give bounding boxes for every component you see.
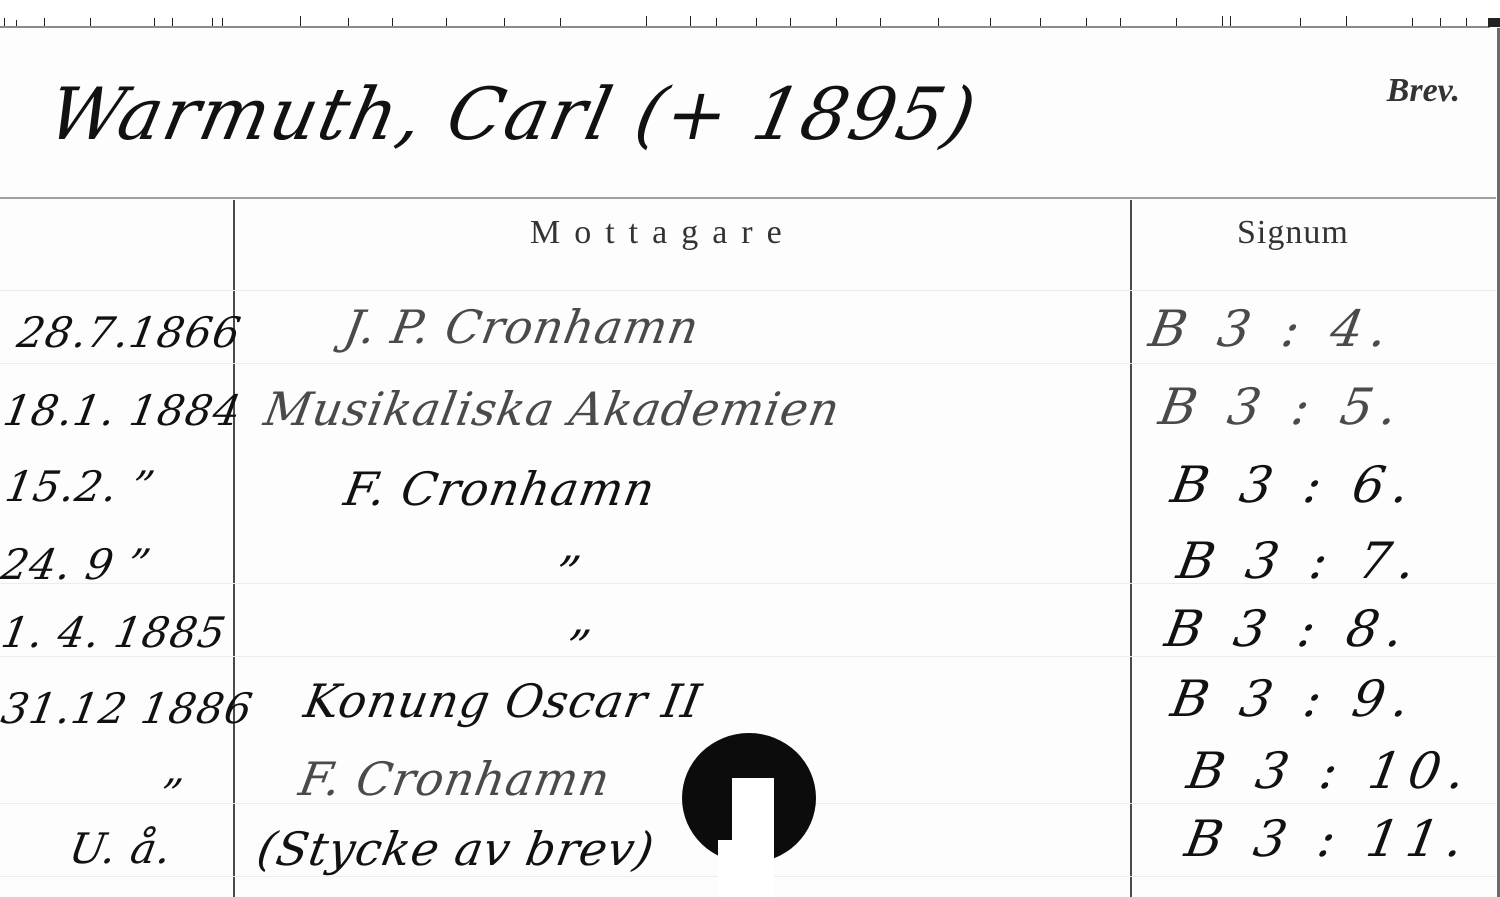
- strip-tick: [348, 18, 349, 26]
- strip-tick: [790, 18, 791, 26]
- strip-tick: [1040, 18, 1041, 26]
- strip-tick: [1300, 18, 1301, 26]
- strip-tick: [1176, 18, 1177, 26]
- strip-tick: [172, 18, 173, 26]
- strip-tick: [504, 18, 505, 26]
- strip-tick: [560, 18, 561, 26]
- strip-tick: [1346, 16, 1347, 26]
- strip-tick: [446, 18, 447, 26]
- strip-tick: [90, 18, 91, 26]
- scanner-edge-strip: [0, 0, 1500, 28]
- ruled-line: [0, 363, 1496, 364]
- entry-recipient: (Stycke av brev): [253, 822, 659, 876]
- entry-date: 18.1. 1884: [0, 386, 245, 435]
- strip-marker: [1488, 18, 1500, 27]
- strip-tick: [938, 18, 939, 26]
- entry-date: 28.7.1866: [14, 308, 245, 357]
- strip-tick: [1466, 18, 1467, 26]
- punch-hole-stem: [718, 840, 774, 897]
- entry-recipient: Musikaliska Akademien: [260, 382, 844, 436]
- entry-signum: B 3 : 9.: [1167, 670, 1422, 728]
- entry-date: 31.12 1886: [0, 684, 257, 733]
- ruled-line: [0, 290, 1496, 291]
- entry-signum: B 3 : 5.: [1155, 378, 1410, 436]
- strip-tick: [836, 18, 837, 26]
- strip-tick: [154, 18, 155, 26]
- strip-tick: [1440, 18, 1441, 26]
- strip-tick: [16, 20, 17, 26]
- entry-date: U. å.: [66, 824, 176, 873]
- strip-tick: [4, 18, 5, 26]
- strip-tick: [1086, 18, 1087, 26]
- signum-column-divider: [1130, 200, 1132, 897]
- entry-recipient: J. P. Cronhamn: [340, 300, 703, 354]
- entry-signum: B 3 : 7.: [1173, 532, 1428, 590]
- strip-tick: [646, 16, 647, 26]
- strip-tick: [716, 18, 717, 26]
- strip-tick: [1222, 16, 1223, 26]
- column-header-signum: Signum: [1237, 214, 1349, 252]
- strip-tick: [756, 18, 757, 26]
- entry-signum: B 3 : 10.: [1183, 742, 1478, 800]
- entry-recipient: Konung Oscar II: [300, 674, 706, 728]
- strip-tick: [1230, 16, 1231, 26]
- entry-date: 24. 9 ”: [0, 540, 155, 589]
- card-type-label: Brev.: [1387, 72, 1460, 110]
- person-name: Warmuth, Carl (+ 1895): [41, 72, 985, 156]
- entry-recipient: F. Cronhamn: [295, 752, 614, 806]
- strip-tick: [1412, 18, 1413, 26]
- strip-tick: [880, 18, 881, 26]
- strip-tick: [222, 18, 223, 26]
- entry-signum: B 3 : 6.: [1167, 456, 1422, 514]
- header-divider: [0, 197, 1496, 199]
- entry-date: 15.2. ”: [2, 462, 159, 511]
- strip-tick: [690, 16, 691, 26]
- entry-date: 1. 4. 1885: [0, 608, 230, 657]
- strip-tick: [44, 18, 45, 26]
- strip-tick: [300, 16, 301, 26]
- strip-tick: [392, 18, 393, 26]
- date-column-divider: [233, 200, 235, 897]
- column-header-mottagare: Mottagare: [530, 214, 796, 252]
- entry-signum: B 3 : 4.: [1145, 300, 1400, 358]
- strip-tick: [212, 18, 213, 26]
- entry-recipient: F. Cronhamn: [340, 462, 659, 516]
- entry-signum: B 3 : 8.: [1161, 600, 1416, 658]
- strip-tick: [1120, 18, 1121, 26]
- entry-signum: B 3 : 11.: [1181, 810, 1476, 868]
- strip-tick: [990, 18, 991, 26]
